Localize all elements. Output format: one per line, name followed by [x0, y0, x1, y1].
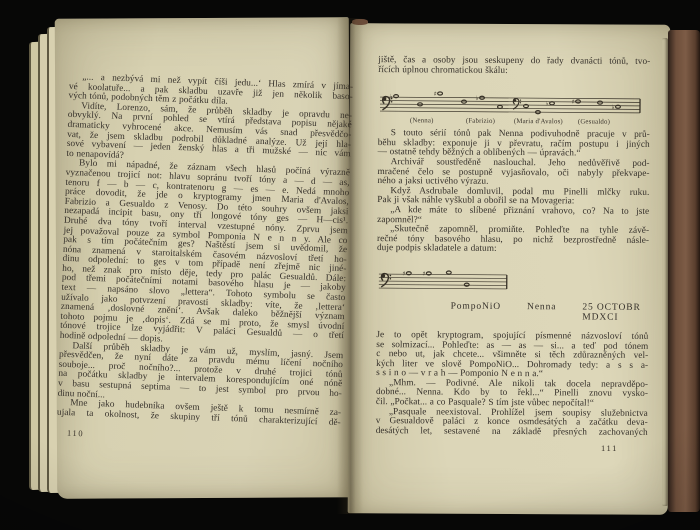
svg-text:♯: ♯: [434, 90, 437, 98]
label-fabrizio: (Fabrizio): [466, 118, 495, 125]
svg-text:♭: ♭: [476, 94, 479, 102]
open-book-photo: „... a nezbývá mi než vypít číši jedu...…: [0, 0, 700, 530]
text-line: řících úplnou chromatickou škálu:: [378, 66, 650, 77]
label-gesualdo: (Gesualdo): [578, 119, 610, 126]
svg-text:♭: ♭: [546, 100, 549, 108]
staff-note-labels: (Nenna) (Fabrizio) (Maria d'Avalos) (Ges…: [380, 117, 650, 129]
label-maria-davalos: (Maria d'Avalos): [514, 118, 563, 125]
signature-line: PompoNiO Nenna 25 OCTOBR MDXCI: [376, 301, 648, 323]
right-top-paragraph: jiště, čas a osoby jsou seskupeny do řad…: [378, 56, 650, 77]
svg-text:♯: ♯: [572, 98, 575, 106]
music-staff-bass-signature: ♯♯: [379, 268, 649, 296]
spine-top: [352, 19, 368, 25]
bass-signature-staff-svg: ♯♯: [379, 268, 509, 295]
composer-surname: Nenna: [527, 302, 556, 322]
svg-text:♭: ♭: [612, 103, 615, 111]
svg-text:♯: ♯: [402, 270, 405, 278]
left-page-text: „... a nezbývá mi než vypít číši jedu...…: [57, 73, 353, 429]
music-staff-chromatic-scale: ♭♯♭♭♯♭ (Nenna) (Fabrizio) (Maria d'Avalo…: [380, 89, 650, 129]
text-line: duje podpis skladatele a datum:: [377, 244, 649, 255]
right-bottom-paragraphs: Je to opět kryptogram, spojující písmenn…: [376, 331, 649, 438]
composer-name: PompoNiO: [450, 301, 501, 321]
right-mid-paragraphs: S touto sérií tónů pak Nenna podivuhodně…: [377, 129, 650, 256]
label-nenna: (Nenna): [410, 117, 434, 124]
signature-date: 25 OCTOBR MDXCI: [582, 302, 648, 322]
page-number-left: 110: [67, 428, 85, 439]
svg-text:♯: ♯: [422, 270, 425, 278]
svg-text:♭: ♭: [390, 93, 393, 101]
chromatic-scale-staff-svg: ♭♯♭♭♯♭: [380, 89, 642, 119]
text-line: desátých let, sestavené na základě přesn…: [376, 427, 648, 438]
right-page-text: jiště, čas a osoby jsou seskupeny do řad…: [376, 56, 651, 438]
book-cover-edge: [668, 30, 700, 512]
page-number-right: 111: [601, 443, 618, 453]
